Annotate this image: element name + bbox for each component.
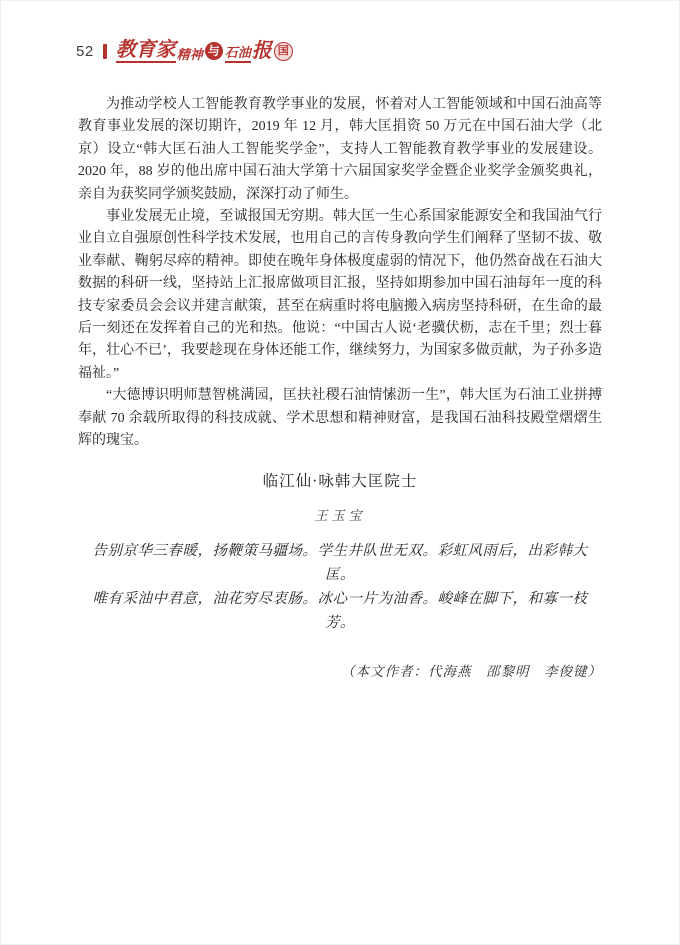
logo-circle-guo-icon: 国 (274, 42, 293, 61)
logo-text-bao: 报 (252, 41, 272, 61)
article-body: 为推动学校人工智能教育教学事业的发展，怀着对人工智能领域和中国石油高等教育事业发… (78, 94, 602, 680)
logo-circle-yu-icon: 与 (205, 42, 223, 60)
author-attribution: （本文作者：代海燕 邵黎明 李俊键） (78, 660, 602, 680)
poem-body: 告别京华三春暖，扬鞭策马疆场。学生井队世无双。彩虹风雨后，出彩韩大匡。 唯有采油… (78, 539, 602, 635)
document-page: 52 教育家 精神 与 石油 报 国 为推动学校人工智能教育教学事业的发展，怀着… (0, 0, 680, 945)
paragraph-2: 事业发展无止境，至诚报国无穷期。韩大匡一生心系国家能源安全和我国油气行业自立自强… (78, 206, 602, 385)
header-divider-bar (103, 44, 107, 59)
paragraph-3: “大德博识明师慧智桃满园，匡扶社稷石油情愫沥一生”，韩大匡为石油工业拼搏奉献 7… (78, 385, 602, 452)
poem-line-1: 告别京华三春暖，扬鞭策马疆场。学生井队世无双。彩虹风雨后，出彩韩大匡。 (78, 539, 602, 587)
logo-text-jingshen: 精神 (177, 48, 203, 63)
logo-text-shiyou: 石油 (225, 46, 251, 63)
paragraph-1: 为推动学校人工智能教育教学事业的发展，怀着对人工智能领域和中国石油高等教育事业发… (78, 94, 602, 206)
poem-title: 临江仙·咏韩大匡院士 (78, 469, 602, 491)
poem-line-2: 唯有采油中君意，油花穷尽衷肠。冰心一片为油香。峻峰在脚下，和寡一枝芳。 (78, 587, 602, 635)
journal-logo: 教育家 精神 与 石油 报 国 (116, 40, 293, 63)
poem-author: 王玉宝 (78, 505, 602, 524)
logo-text-jiaoyujia: 教育家 (116, 40, 176, 63)
page-header: 52 教育家 精神 与 石油 报 国 (76, 38, 293, 64)
page-number: 52 (76, 43, 94, 60)
